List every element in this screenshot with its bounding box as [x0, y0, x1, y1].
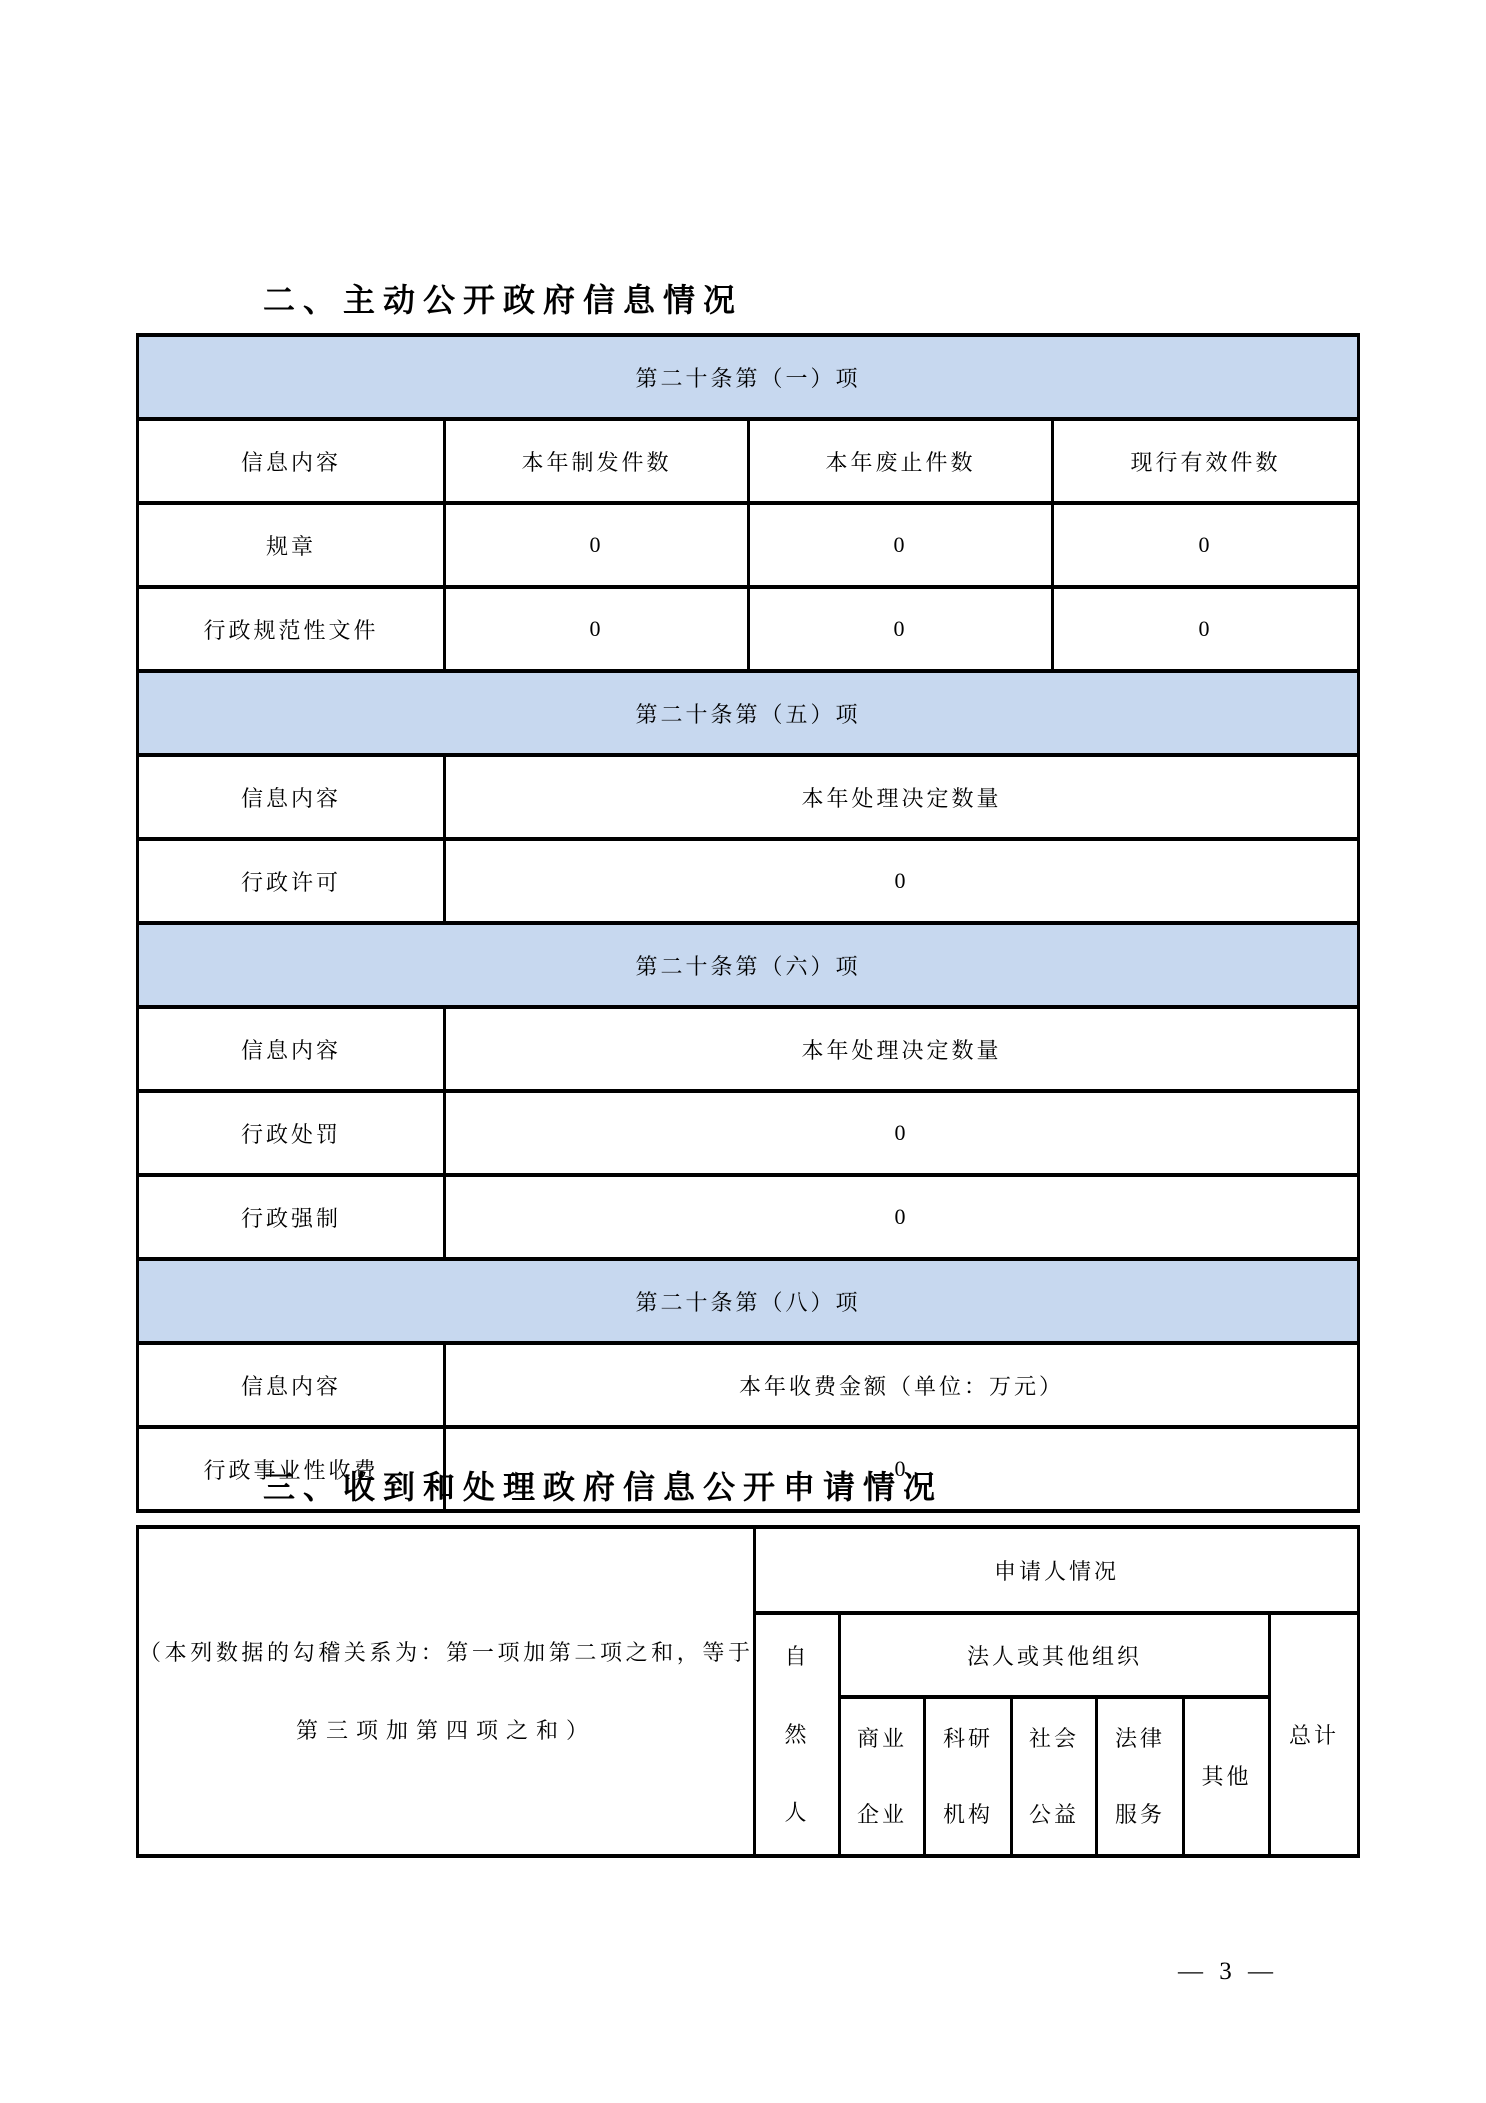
- header-line: 其他: [1185, 1739, 1268, 1815]
- banner-article20-item1: 第二十条第（一）项: [138, 335, 1359, 419]
- research-institution-header: 科研 机构: [925, 1697, 1012, 1856]
- col-header-currently-effective: 现行有效件数: [1053, 419, 1359, 503]
- col-header-fees-this-year: 本年收费金额（单位：万元）: [445, 1343, 1359, 1427]
- table-row: （本列数据的勾稽关系为：第一项加第二项之和，等于 第三项加第四项之和） 申请人情…: [138, 1527, 1359, 1613]
- applicant-status-header: 申请人情况: [755, 1527, 1359, 1613]
- value-cell: 0: [749, 503, 1053, 587]
- header-line: 社会: [1013, 1701, 1095, 1777]
- value-cell: 0: [1053, 503, 1359, 587]
- value-cell: 0: [749, 587, 1053, 671]
- value-cell: 0: [445, 503, 749, 587]
- row-label-admin-coercion: 行政强制: [138, 1175, 445, 1259]
- document-page: 二、主动公开政府信息情况 第二十条第（一）项 信息内容 本年制发件数 本年废止件…: [0, 0, 1486, 2103]
- reconciliation-note-cell: （本列数据的勾稽关系为：第一项加第二项之和，等于 第三项加第四项之和）: [138, 1527, 755, 1856]
- proactive-disclosure-table: 第二十条第（一）项 信息内容 本年制发件数 本年废止件数 现行有效件数 规章 0…: [136, 333, 1360, 1513]
- natural-person-header: 自 然 人: [755, 1613, 840, 1856]
- applications-table: （本列数据的勾稽关系为：第一项加第二项之和，等于 第三项加第四项之和） 申请人情…: [136, 1525, 1360, 1858]
- other-org-header: 其他: [1184, 1697, 1270, 1856]
- table-row: 行政强制 0: [138, 1175, 1359, 1259]
- col-header-info-content: 信息内容: [138, 1007, 445, 1091]
- legal-services-header: 法律 服务: [1097, 1697, 1184, 1856]
- total-header: 总计: [1270, 1613, 1359, 1856]
- table-row: 第二十条第（五）项: [138, 671, 1359, 755]
- banner-article20-item6: 第二十条第（六）项: [138, 923, 1359, 1007]
- col-header-info-content: 信息内容: [138, 419, 445, 503]
- header-line: 机构: [926, 1777, 1010, 1853]
- row-label-rules: 规章: [138, 503, 445, 587]
- header-line: 服务: [1098, 1777, 1182, 1853]
- natural-person-char: 人: [756, 1774, 838, 1852]
- section2-heading: 二、主动公开政府信息情况: [263, 276, 743, 324]
- row-label-admin-penalty: 行政处罚: [138, 1091, 445, 1175]
- col-header-repealed-this-year: 本年废止件数: [749, 419, 1053, 503]
- table-row: 行政许可 0: [138, 839, 1359, 923]
- table-row: 行政规范性文件 0 0 0: [138, 587, 1359, 671]
- header-line: 商业: [841, 1701, 923, 1777]
- table-row: 规章 0 0 0: [138, 503, 1359, 587]
- col-header-issued-this-year: 本年制发件数: [445, 419, 749, 503]
- section3-heading: 三、收到和处理政府信息公开申请情况: [263, 1463, 943, 1511]
- row-label-normative-docs: 行政规范性文件: [138, 587, 445, 671]
- header-line: 企业: [841, 1777, 923, 1853]
- header-line: 公益: [1013, 1777, 1095, 1853]
- table-row: 第二十条第（八）项: [138, 1259, 1359, 1343]
- natural-person-char: 自: [756, 1618, 838, 1696]
- col-header-info-content: 信息内容: [138, 1343, 445, 1427]
- reconciliation-note-line1: （本列数据的勾稽关系为：第一项加第二项之和，等于: [139, 1614, 753, 1692]
- col-header-info-content: 信息内容: [138, 755, 445, 839]
- page-number: — 3 —: [1178, 1958, 1278, 1986]
- commercial-enterprise-header: 商业 企业: [840, 1697, 925, 1856]
- table-row: 行政处罚 0: [138, 1091, 1359, 1175]
- legal-org-header: 法人或其他组织: [840, 1613, 1270, 1697]
- value-cell: 0: [1053, 587, 1359, 671]
- table-row: 信息内容 本年处理决定数量: [138, 755, 1359, 839]
- social-welfare-header: 社会 公益: [1012, 1697, 1097, 1856]
- row-label-admin-license: 行政许可: [138, 839, 445, 923]
- banner-article20-item8: 第二十条第（八）项: [138, 1259, 1359, 1343]
- table-row: 第二十条第（六）项: [138, 923, 1359, 1007]
- table-row: 信息内容 本年处理决定数量: [138, 1007, 1359, 1091]
- header-line: 科研: [926, 1701, 1010, 1777]
- col-header-decisions-this-year: 本年处理决定数量: [445, 1007, 1359, 1091]
- value-cell: 0: [445, 1091, 1359, 1175]
- col-header-decisions-this-year: 本年处理决定数量: [445, 755, 1359, 839]
- table-row: 信息内容 本年制发件数 本年废止件数 现行有效件数: [138, 419, 1359, 503]
- value-cell: 0: [445, 1175, 1359, 1259]
- value-cell: 0: [445, 839, 1359, 923]
- natural-person-char: 然: [756, 1696, 838, 1774]
- table-row: 信息内容 本年收费金额（单位：万元）: [138, 1343, 1359, 1427]
- banner-article20-item5: 第二十条第（五）项: [138, 671, 1359, 755]
- table-row: 第二十条第（一）项: [138, 335, 1359, 419]
- reconciliation-note-line2: 第三项加第四项之和）: [139, 1692, 753, 1770]
- value-cell: 0: [445, 587, 749, 671]
- header-line: 法律: [1098, 1701, 1182, 1777]
